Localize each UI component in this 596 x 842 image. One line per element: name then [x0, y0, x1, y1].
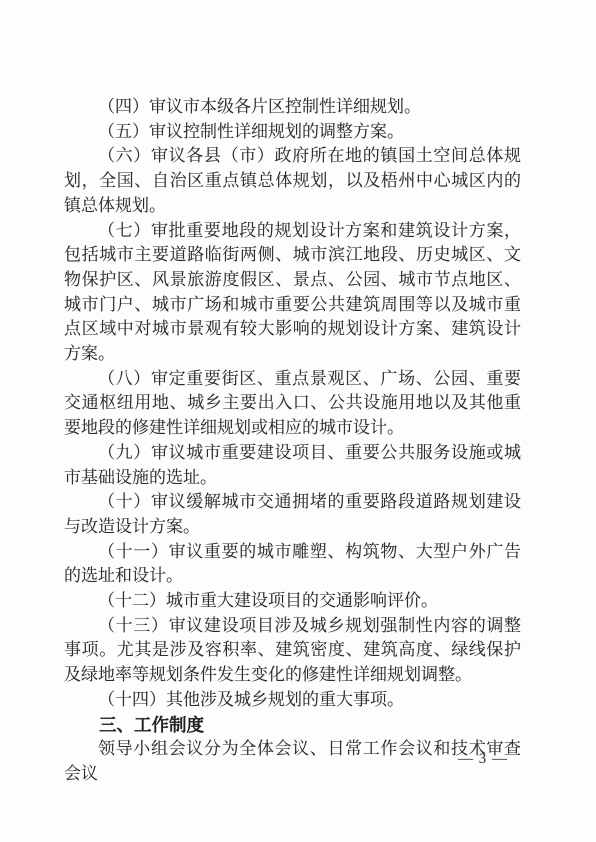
- section-heading-work-system: 三、工作制度: [64, 713, 521, 738]
- clause-paragraph-10: （十）审议缓解城市交通拥堵的重要路段道路规划建设与改造设计方案。: [64, 490, 521, 539]
- clause-paragraph-6: （六）审议各县（市）政府所在地的镇国土空间总体规划，全国、自治区重点镇总体规划，…: [64, 144, 521, 218]
- clause-paragraph-9: （九）审议城市重要建设项目、重要公共服务设施或城市基础设施的选址。: [64, 441, 521, 490]
- page-number: — 3 —: [458, 751, 508, 768]
- clause-paragraph-8: （八）审定重要街区、重点景观区、广场、公园、重要交通枢纽用地、城乡主要出入口、公…: [64, 367, 521, 441]
- clause-paragraph-13: （十三）审议建设项目涉及城乡规划强制性内容的调整事项。尤其是涉及容积率、建筑密度…: [64, 614, 521, 688]
- clause-paragraph-5: （五）审议控制性详细规划的调整方案。: [64, 120, 521, 145]
- clause-paragraph-4: （四）审议市本级各片区控制性详细规划。: [64, 95, 521, 120]
- clause-paragraph-7: （七）审批重要地段的规划设计方案和建筑设计方案，包括城市主要道路临街两侧、城市滨…: [64, 219, 521, 367]
- clause-paragraph-14: （十四）其他涉及城乡规划的重大事项。: [64, 688, 521, 713]
- closing-paragraph: 领导小组会议分为全体会议、日常工作会议和技术审查会议: [64, 737, 521, 786]
- document-page: （四）审议市本级各片区控制性详细规划。 （五）审议控制性详细规划的调整方案。 （…: [0, 0, 596, 842]
- document-body: （四）审议市本级各片区控制性详细规划。 （五）审议控制性详细规划的调整方案。 （…: [64, 95, 521, 787]
- clause-paragraph-12: （十二）城市重大建设项目的交通影响评价。: [64, 589, 521, 614]
- clause-paragraph-11: （十一）审议重要的城市雕塑、构筑物、大型户外广告的选址和设计。: [64, 540, 521, 589]
